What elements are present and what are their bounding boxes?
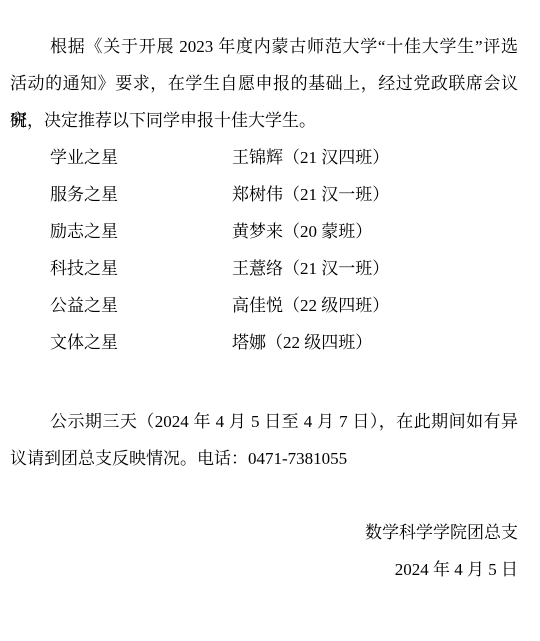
award-row: 服务之星 郑树伟（21 汉一班） <box>10 176 518 213</box>
award-recipient: 王薏络（21 汉一班） <box>232 250 389 287</box>
notice-paragraph-line: 议请到团总支反映情况。电话：0471-7381055 <box>10 440 518 477</box>
intro-paragraph-line: 究，决定推荐以下同学申报十佳大学生。 <box>10 102 518 139</box>
award-recipient: 高佳悦（22 级四班） <box>232 287 389 324</box>
signature: 数学科学学院团总支 <box>10 514 518 551</box>
intro-paragraph-line: 根据《关于开展 2023 年度内蒙古师范大学“十佳大学生”评选 <box>10 28 518 65</box>
award-title: 科技之星 <box>50 250 118 287</box>
award-title: 公益之星 <box>50 287 118 324</box>
award-recipient: 塔娜（22 级四班） <box>232 324 372 361</box>
announcement-page: 根据《关于开展 2023 年度内蒙古师范大学“十佳大学生”评选 活动的通知》要求… <box>0 0 540 641</box>
award-row: 公益之星 高佳悦（22 级四班） <box>10 287 518 324</box>
award-title: 励志之星 <box>50 213 118 250</box>
award-row: 励志之星 黄梦来（20 蒙班） <box>10 213 518 250</box>
blank-line-spacer <box>10 361 518 403</box>
award-recipient: 黄梦来（20 蒙班） <box>232 213 372 250</box>
document-date: 2024 年 4 月 5 日 <box>10 551 518 588</box>
award-title: 学业之星 <box>50 139 118 176</box>
blank-line-spacer <box>10 477 518 514</box>
award-title: 服务之星 <box>50 176 118 213</box>
award-recipient: 郑树伟（21 汉一班） <box>232 176 389 213</box>
announcement-document: 根据《关于开展 2023 年度内蒙古师范大学“十佳大学生”评选 活动的通知》要求… <box>10 0 518 588</box>
award-row: 科技之星 王薏络（21 汉一班） <box>10 250 518 287</box>
award-title: 文体之星 <box>50 324 118 361</box>
notice-paragraph-line: 公示期三天（2024 年 4 月 5 日至 4 月 7 日），在此期间如有异 <box>10 403 518 440</box>
award-row: 文体之星 塔娜（22 级四班） <box>10 324 518 361</box>
award-row: 学业之星 王锦辉（21 汉四班） <box>10 139 518 176</box>
award-recipient: 王锦辉（21 汉四班） <box>232 139 389 176</box>
intro-paragraph-line: 活动的通知》要求，在学生自愿申报的基础上，经过党政联席会议研 <box>10 65 518 102</box>
